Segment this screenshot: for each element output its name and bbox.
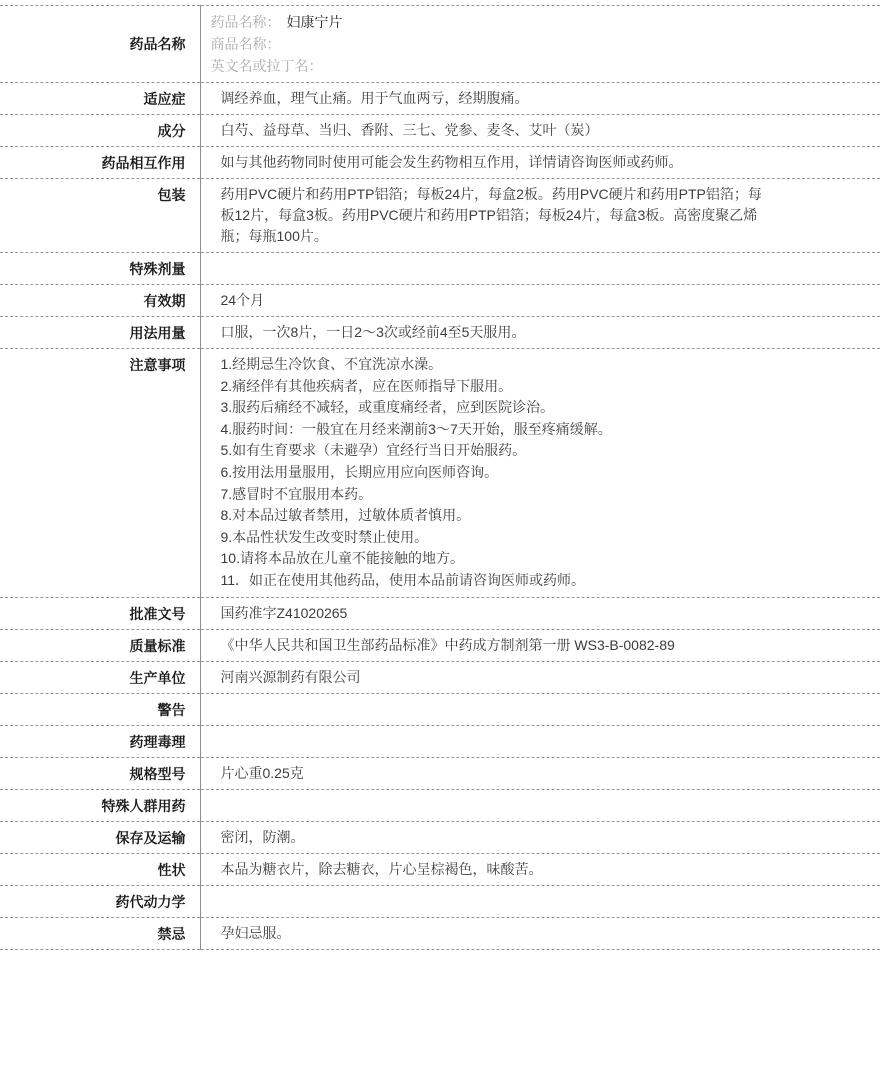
- row-value: [200, 885, 880, 917]
- row-label: 注意事项: [0, 349, 200, 598]
- row-value-text: 24个月: [221, 290, 766, 311]
- table-row-quality-standard: 质量标准 《中华人民共和国卫生部药品标准》中药成方制剂第一册 WS3-B-008…: [0, 629, 880, 661]
- row-value: [200, 725, 880, 757]
- table-row-warning: 警告: [0, 693, 880, 725]
- row-value: 口服，一次8片，一日2～3次或经前4至5天服用。: [200, 317, 880, 349]
- precaution-item: 1.经期忌生冷饮食、不宜洗凉水澡。: [221, 354, 781, 376]
- table-row-packaging: 包装 药用PVC硬片和药用PTP铝箔；每板24片，每盒2板。药用PVC硬片和药用…: [0, 179, 880, 253]
- row-value-text: 如与其他药物同时使用可能会发生药物相互作用，详情请咨询医师或药师。: [221, 152, 766, 173]
- row-value: 药用PVC硬片和药用PTP铝箔；每板24片，每盒2板。药用PVC硬片和药用PTP…: [200, 179, 880, 253]
- row-value-text: 口服，一次8片，一日2～3次或经前4至5天服用。: [221, 322, 766, 343]
- row-label: 用法用量: [0, 317, 200, 349]
- row-value: 如与其他药物同时使用可能会发生药物相互作用，详情请咨询医师或药师。: [200, 147, 880, 179]
- row-label: 保存及运输: [0, 821, 200, 853]
- row-value: 调经养血，理气止痛。用于气血两亏，经期腹痛。: [200, 83, 880, 115]
- row-value: 1.经期忌生冷饮食、不宜洗凉水澡。 2.痛经伴有其他疾病者，应在医师指导下服用。…: [200, 349, 880, 598]
- table-row-drug-interactions: 药品相互作用 如与其他药物同时使用可能会发生药物相互作用，详情请咨询医师或药师。: [0, 147, 880, 179]
- table-row-storage-transport: 保存及运输 密闭，防潮。: [0, 821, 880, 853]
- row-value: 白芍、益母草、当归、香附、三七、党参、麦冬、艾叶（炭）: [200, 115, 880, 147]
- row-value-text: 国药准字Z41020265: [221, 603, 766, 624]
- table-row-specification: 规格型号 片心重0.25克: [0, 757, 880, 789]
- row-value-text: 本品为糖衣片，除去糖衣，片心呈棕褐色，味酸苦。: [221, 859, 766, 880]
- row-label: 药理毒理: [0, 725, 200, 757]
- precaution-item: 3.服药后痛经不减轻，或重度痛经者，应到医院诊治。: [221, 397, 781, 419]
- row-label: 性状: [0, 853, 200, 885]
- field-value: 妇康宁片: [287, 14, 343, 30]
- row-value: 《中华人民共和国卫生部药品标准》中药成方制剂第一册 WS3-B-0082-89: [200, 629, 880, 661]
- row-value-text: 药用PVC硬片和药用PTP铝箔；每板24片，每盒2板。药用PVC硬片和药用PTP…: [221, 184, 766, 247]
- row-value: [200, 693, 880, 725]
- row-value-text: 孕妇忌服。: [221, 923, 766, 944]
- drug-info-table: 药品名称 药品名称：妇康宁片 商品名称： 英文名或拉丁名： 适应症 调经养血，理…: [0, 5, 880, 950]
- row-label: 药代动力学: [0, 885, 200, 917]
- precaution-item: 2.痛经伴有其他疾病者，应在医师指导下服用。: [221, 376, 781, 398]
- row-value: 河南兴源制药有限公司: [200, 661, 880, 693]
- precaution-item: 4.服药时间：一般宜在月经来潮前3～7天开始，服至疼痛缓解。: [221, 419, 781, 441]
- precaution-item: 9.本品性状发生改变时禁止使用。: [221, 527, 781, 549]
- table-row-manufacturer: 生产单位 河南兴源制药有限公司: [0, 661, 880, 693]
- table-row-ingredients: 成分 白芍、益母草、当归、香附、三七、党参、麦冬、艾叶（炭）: [0, 115, 880, 147]
- field-key: 商品名称：: [211, 36, 281, 52]
- row-label: 规格型号: [0, 757, 200, 789]
- precaution-item: 5.如有生育要求（未避孕）宜经行当日开始服药。: [221, 440, 781, 462]
- table-row-indications: 适应症 调经养血，理气止痛。用于气血两亏，经期腹痛。: [0, 83, 880, 115]
- table-row-drug-name: 药品名称 药品名称：妇康宁片 商品名称： 英文名或拉丁名：: [0, 6, 880, 83]
- row-label: 适应症: [0, 83, 200, 115]
- row-label: 特殊人群用药: [0, 789, 200, 821]
- row-label: 药品相互作用: [0, 147, 200, 179]
- row-value-text: 片心重0.25克: [221, 763, 766, 784]
- table-row-contraindications: 禁忌 孕妇忌服。: [0, 917, 880, 949]
- field-key: 药品名称：: [211, 14, 281, 30]
- row-value-text: 白芍、益母草、当归、香附、三七、党参、麦冬、艾叶（炭）: [221, 120, 766, 141]
- row-label: 包装: [0, 179, 200, 253]
- row-value: 药品名称：妇康宁片 商品名称： 英文名或拉丁名：: [200, 6, 880, 83]
- table-row-dosage: 用法用量 口服，一次8片，一日2～3次或经前4至5天服用。: [0, 317, 880, 349]
- row-value: 国药准字Z41020265: [200, 597, 880, 629]
- latin-name-field: 英文名或拉丁名：: [211, 55, 873, 77]
- row-value-text: 《中华人民共和国卫生部药品标准》中药成方制剂第一册 WS3-B-0082-89: [221, 635, 766, 656]
- table-row-special-dosage: 特殊剂量: [0, 253, 880, 285]
- row-label: 生产单位: [0, 661, 200, 693]
- table-row-pharmacology-toxicology: 药理毒理: [0, 725, 880, 757]
- row-label: 有效期: [0, 285, 200, 317]
- row-value: [200, 789, 880, 821]
- row-label: 批准文号: [0, 597, 200, 629]
- field-key: 英文名或拉丁名：: [211, 58, 323, 74]
- precaution-item: 8.对本品过敏者禁用，过敏体质者慎用。: [221, 505, 781, 527]
- row-value: 片心重0.25克: [200, 757, 880, 789]
- trade-name-field: 商品名称：: [211, 33, 873, 55]
- table-row-pharmacokinetics: 药代动力学: [0, 885, 880, 917]
- row-label: 成分: [0, 115, 200, 147]
- row-label: 特殊剂量: [0, 253, 200, 285]
- table-row-precautions: 注意事项 1.经期忌生冷饮食、不宜洗凉水澡。 2.痛经伴有其他疾病者，应在医师指…: [0, 349, 880, 598]
- row-label: 警告: [0, 693, 200, 725]
- table-row-special-populations: 特殊人群用药: [0, 789, 880, 821]
- precaution-item: 6.按用法用量服用，长期应用应向医师咨询。: [221, 462, 781, 484]
- row-value: 孕妇忌服。: [200, 917, 880, 949]
- drug-name-field: 药品名称：妇康宁片: [211, 11, 873, 33]
- row-value: [200, 253, 880, 285]
- row-value: 24个月: [200, 285, 880, 317]
- row-value-text: 密闭，防潮。: [221, 827, 766, 848]
- row-label: 禁忌: [0, 917, 200, 949]
- precaution-item: 7.感冒时不宜服用本药。: [221, 484, 781, 506]
- row-value-text: 河南兴源制药有限公司: [221, 667, 766, 688]
- row-label: 药品名称: [0, 6, 200, 83]
- row-value: 本品为糖衣片，除去糖衣，片心呈棕褐色，味酸苦。: [200, 853, 880, 885]
- precaution-item: 10.请将本品放在儿童不能接触的地方。: [221, 548, 781, 570]
- row-value-text: 调经养血，理气止痛。用于气血两亏，经期腹痛。: [221, 88, 766, 109]
- row-label: 质量标准: [0, 629, 200, 661]
- table-row-shelf-life: 有效期 24个月: [0, 285, 880, 317]
- table-row-description: 性状 本品为糖衣片，除去糖衣，片心呈棕褐色，味酸苦。: [0, 853, 880, 885]
- precaution-item: 11．如正在使用其他药品，使用本品前请咨询医师或药师。: [221, 570, 781, 592]
- table-row-approval-number: 批准文号 国药准字Z41020265: [0, 597, 880, 629]
- row-value: 密闭，防潮。: [200, 821, 880, 853]
